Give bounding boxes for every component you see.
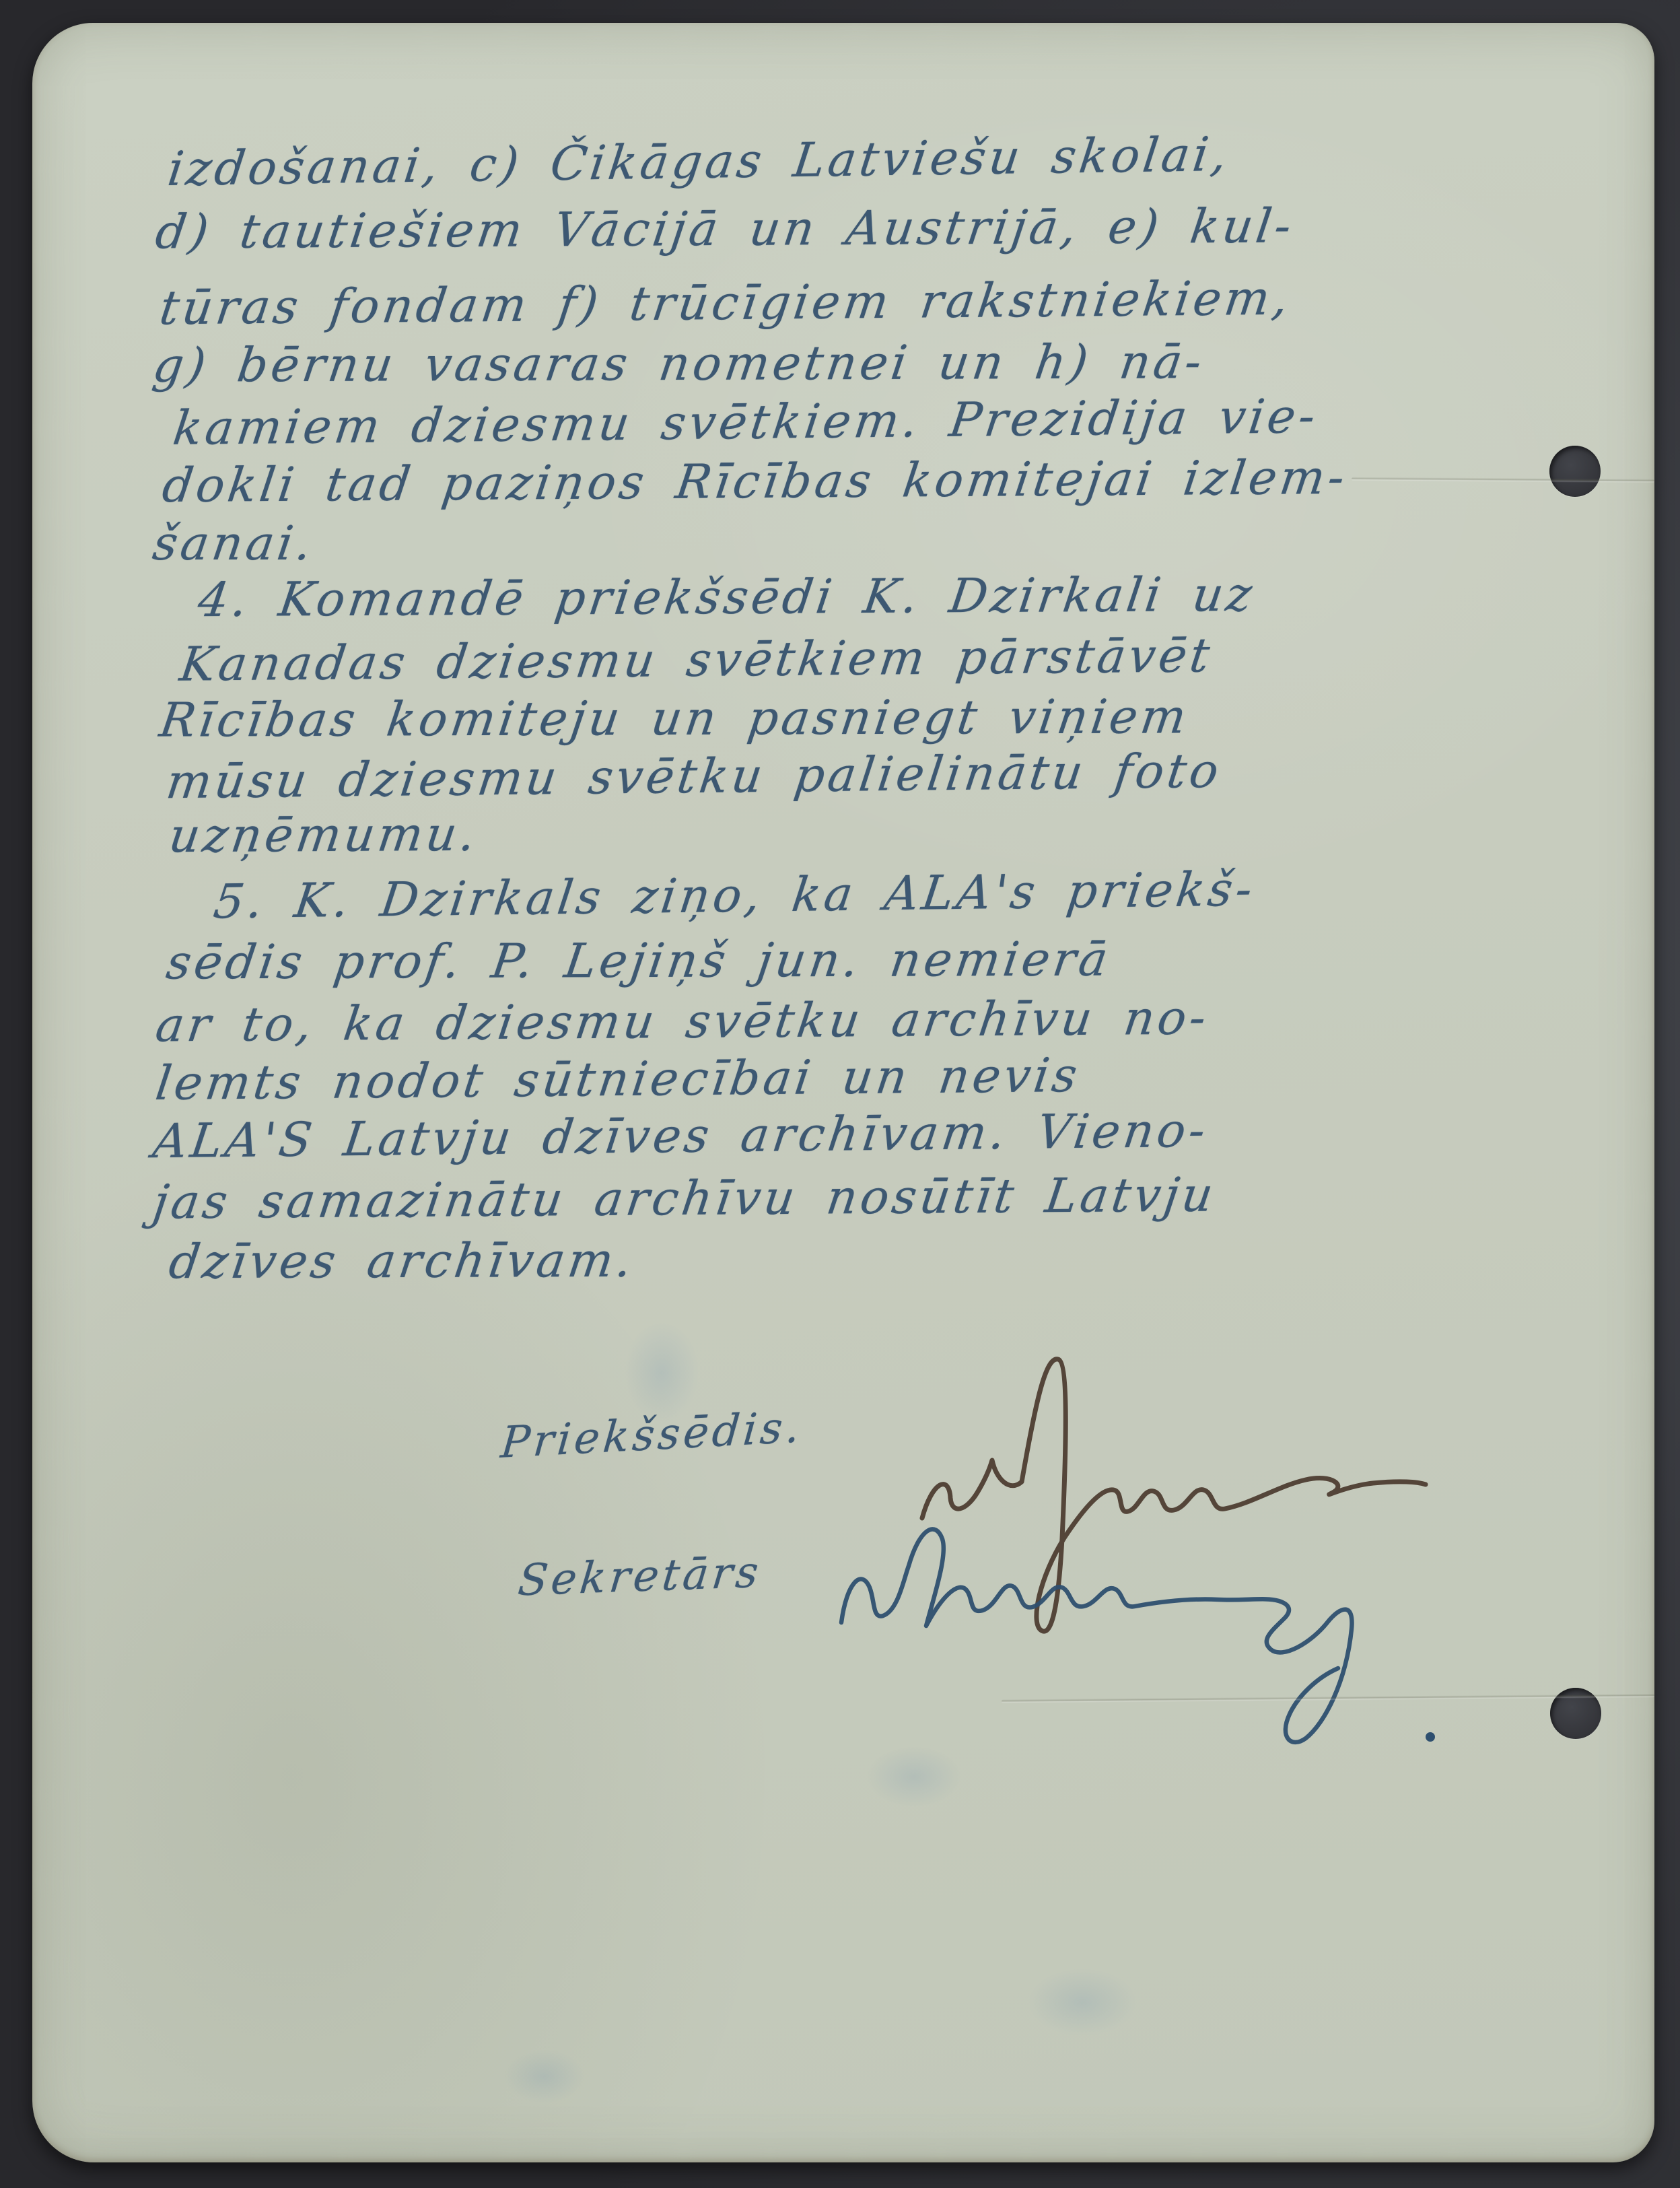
paper-crease bbox=[1352, 477, 1654, 483]
signature-period-dot bbox=[1426, 1732, 1435, 1742]
punch-hole-top bbox=[1549, 446, 1601, 497]
ink-smudge bbox=[1028, 1969, 1136, 2036]
handwritten-line: 4. Komandē priekšsēdi K. Dzirkali uz bbox=[195, 571, 1258, 623]
secretary-signature bbox=[808, 1501, 1481, 1771]
handwritten-line: jas samazinātu archīvu nosūtīt Latvju bbox=[150, 1171, 1219, 1225]
ink-smudge bbox=[867, 1746, 961, 1807]
handwritten-line: d) tautiešiem Vācijā un Austrijā, e) kul… bbox=[153, 203, 1297, 256]
handwritten-line: Kanadas dziesmu svētkiem pārstāvēt bbox=[177, 631, 1216, 687]
handwritten-line: izdošanai, c) Čikāgas Latviešu skolai, bbox=[166, 131, 1233, 193]
handwritten-line: kamiem dziesmu svētkiem. Prezidija vie- bbox=[170, 392, 1321, 452]
ink-smudge bbox=[625, 1322, 699, 1423]
handwritten-line: ar to, ka dziesmu svētku archīvu no- bbox=[153, 994, 1212, 1049]
scanner-background: { "page": { "kind": "scanned handwritten… bbox=[0, 0, 1680, 2188]
handwritten-line: lemts nodot sūtniecībai un nevis bbox=[153, 1052, 1083, 1107]
handwritten-line: 5. K. Dzirkals ziņo, ka ALA's priekš- bbox=[211, 865, 1259, 925]
ink-smudge bbox=[503, 2049, 584, 2103]
handwritten-line: dzīves archīvam. bbox=[166, 1237, 638, 1285]
handwritten-line: g) bērnu vasaras nometnei un h) nā- bbox=[150, 338, 1207, 388]
handwritten-line: uzņēmumu. bbox=[166, 811, 481, 859]
handwritten-line: dokli tad paziņos Rīcības komitejai izle… bbox=[160, 454, 1350, 509]
handwritten-line: mūsu dziesmu svētku palielinātu foto bbox=[164, 747, 1224, 806]
handwritten-line: Rīcības komiteju un pasniegt viņiem bbox=[157, 693, 1192, 743]
handwritten-line: šanai. bbox=[150, 520, 318, 567]
handwritten-line: tūras fondam f) trūcīgiem rakstniekiem, bbox=[157, 275, 1294, 332]
secretary-label: Sekretārs bbox=[516, 1551, 764, 1603]
document-page: izdošanai, c) Čikāgas Latviešu skolai, d… bbox=[32, 23, 1654, 2162]
handwritten-line: sēdis prof. P. Lejiņš jun. nemierā bbox=[164, 936, 1114, 986]
handwritten-line: ALA'S Latvju dzīves archīvam. Vieno- bbox=[150, 1107, 1211, 1165]
